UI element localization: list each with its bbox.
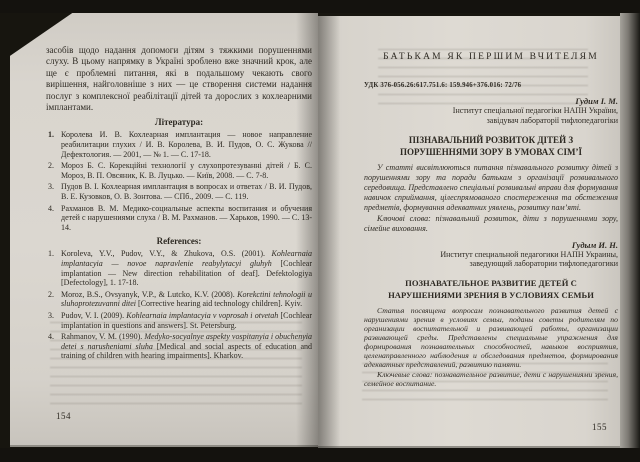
- literature-item: 1.Королева И. В. Кохлеарная имплантация …: [46, 130, 312, 159]
- item-number: 3.: [48, 182, 54, 192]
- article-title-uk: ПІЗНАВАЛЬНИЙ РОЗВИТОК ДІТЕЙ З ПОРУШЕННЯМ…: [370, 134, 612, 158]
- reference-item: 4.Rahmanov, V. M. (1990). Medyko-socyaln…: [46, 332, 312, 361]
- abstract-uk: У статті висвітлюються питання пізнаваль…: [364, 163, 618, 213]
- item-number: 1.: [48, 130, 54, 140]
- affiliation-ru-line1: Институт специальной педагогики НАПН Укр…: [364, 250, 618, 260]
- page-number-left: 154: [56, 411, 71, 421]
- page-number-right: 155: [592, 422, 607, 432]
- literature-heading: Література:: [46, 117, 312, 127]
- left-page: засобів щодо надання допомоги дітям з тя…: [10, 5, 318, 447]
- author-uk: Гудим І. М.: [364, 96, 618, 106]
- item-number: 4.: [48, 204, 54, 214]
- author-ru: Гудым И. Н.: [364, 240, 618, 250]
- left-page-content: засобів щодо надання допомоги дітям з тя…: [46, 45, 312, 363]
- item-number: 4.: [48, 332, 54, 342]
- abstract-ru: Статья посвящена вопросам познавательног…: [364, 306, 618, 369]
- article-title-ru: ПОЗНАВАТЕЛЬНОЕ РАЗВИТИЕ ДЕТЕЙ С НАРУШЕНИ…: [370, 278, 612, 301]
- affiliation-ru-line2: заведующий лаборатории тифлопедагогики: [364, 259, 618, 269]
- reference-item: 1.Koroleva, Y.V., Pudov, V.Y., & Zhukova…: [46, 249, 312, 287]
- keywords-uk: Ключові слова: пізнавальний розвиток, ді…: [364, 214, 618, 234]
- item-number: 2.: [48, 161, 54, 171]
- scanned-book-spread: засобів щодо надання допомоги дітям з тя…: [0, 0, 640, 462]
- running-head: БАТЬКАМ ЯК ПЕРШИМ ВЧИТЕЛЯМ: [364, 52, 618, 62]
- right-page-content: БАТЬКАМ ЯК ПЕРШИМ ВЧИТЕЛЯМ УДК 376-056.2…: [364, 52, 618, 394]
- reference-item: 3.Pudov, V. I. (2009). Kohlearnaia impla…: [46, 311, 312, 330]
- literature-item: 4.Рахманов В. М. Медико-социальные аспек…: [46, 204, 312, 233]
- book-edge-strip: [620, 0, 640, 462]
- literature-item: 2.Мороз Б. С. Корекційні технології у сл…: [46, 161, 312, 180]
- literature-item: 3.Пудов В. І. Кохлеарная имплантация в в…: [46, 182, 312, 201]
- scanner-background-bottom: [0, 448, 640, 462]
- affiliation-uk-line1: Інститут спеціальної педагогіки НАПН Укр…: [364, 106, 618, 116]
- keywords-ru: Ключевые слова: познавательное развитие,…: [364, 370, 618, 388]
- intro-paragraph: засобів щодо надання допомоги дітям з тя…: [46, 45, 312, 113]
- literature-list: 1.Королева И. В. Кохлеарная имплантация …: [46, 130, 312, 232]
- affiliation-uk-line2: завідувач лабораторії тифлопедагогіки: [364, 116, 618, 126]
- udc-line: УДК 376-056.26:617.751.6: 159.946+376.01…: [364, 82, 618, 89]
- item-number: 1.: [48, 249, 54, 259]
- scanner-background-top: [0, 0, 640, 13]
- item-number: 3.: [48, 311, 54, 321]
- item-number: 2.: [48, 290, 54, 300]
- right-page: БАТЬКАМ ЯК ПЕРШИМ ВЧИТЕЛЯМ УДК 376-056.2…: [318, 16, 622, 448]
- references-list: 1.Koroleva, Y.V., Pudov, V.Y., & Zhukova…: [46, 249, 312, 361]
- reference-item: 2.Moroz, B.S., Ovsyanyk, V.P., & Lutcko,…: [46, 290, 312, 309]
- references-heading: References:: [46, 236, 312, 246]
